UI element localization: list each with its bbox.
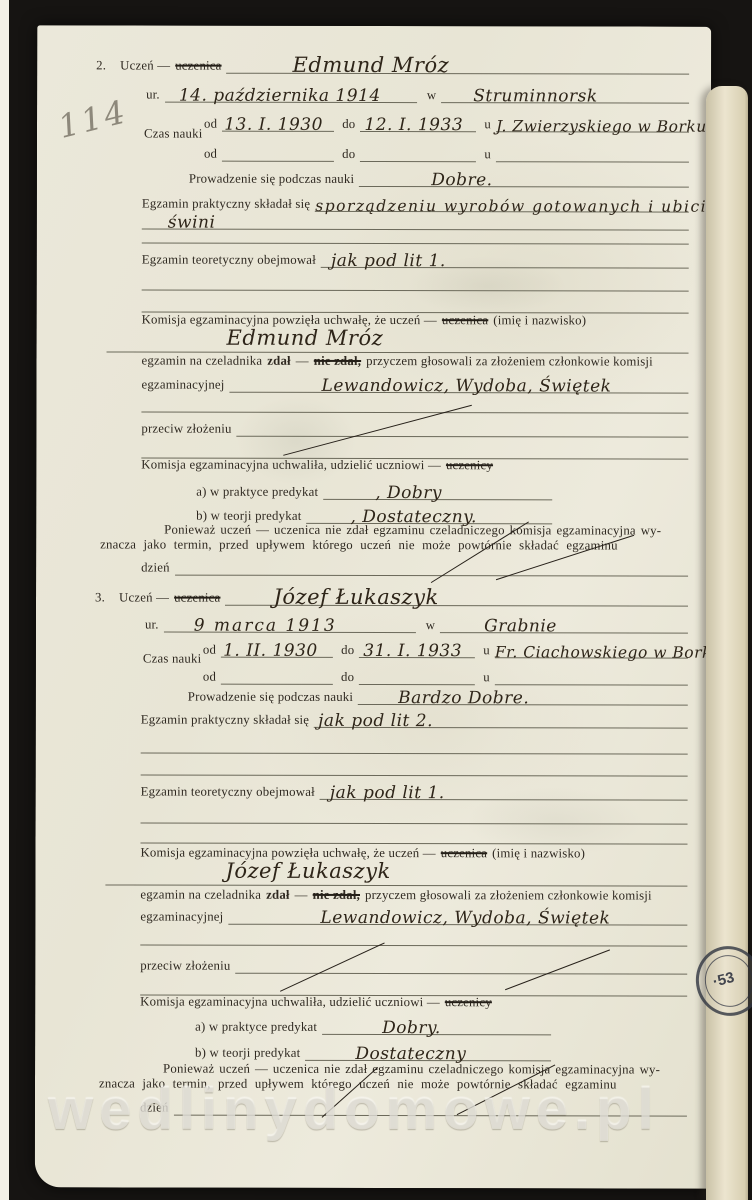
student-label: Uczeń — (119, 590, 169, 605)
committee-members-handwriting: Lewandowicz, Wydoba, Świętek (322, 376, 612, 397)
against-label: przeciw złożeniu (141, 422, 231, 437)
entry2-study-row-1: od 13. I. 1930 do 12. I. 1933 u J. Zwier… (204, 114, 689, 133)
against-field (235, 955, 687, 975)
study-to-handwriting: 31. I. 1933 (363, 641, 462, 661)
practice-grade-label: a) w praktyce predykat (196, 485, 318, 500)
do-label: do (341, 643, 354, 658)
entry3-study-row-2: od do u (203, 667, 688, 686)
born-in-label: w (426, 618, 435, 633)
student-name-handwriting: Edmund Mróz (293, 53, 450, 77)
study-to-field: 12. I. 1933 (360, 113, 476, 132)
entry3-study-row-1: od 1. II. 1930 do 31. I. 1933 u Fr. Ciac… (203, 640, 688, 659)
resolution-name-handwriting: Edmund Mróz (227, 326, 384, 350)
conduct-handwriting: Dobre. (431, 170, 492, 190)
birth-date-handwriting: 14. października 1914 (179, 86, 381, 106)
practical-field-2: świni (142, 211, 689, 231)
ruled-line (141, 753, 688, 755)
committee-field: Lewandowicz, Wydoba, Świętek (230, 374, 689, 394)
resolution-name-handwriting: Józef Łukaszyk (225, 859, 390, 883)
od-label: od (203, 670, 216, 685)
study-period-label: Czas nauki (144, 127, 203, 142)
theory-grade-label: b) w teorji predykat (195, 1046, 300, 1061)
committee-members-handwriting: Lewandowicz, Wydoba, Świętek (320, 908, 610, 929)
birth-place-field: Grabnie (440, 614, 688, 634)
entry2-study-row-2: od do u (204, 144, 689, 163)
conduct-handwriting: Bardzo Dobre. (398, 688, 529, 708)
birth-date-handwriting: 9 marca 1913 (194, 616, 337, 636)
day-field (175, 557, 688, 577)
practical-field: sporządzeniu wyrobów gotowanych i ubiciu (315, 193, 689, 213)
dash: — (295, 888, 308, 903)
theory-exam-label: Egzamin teoretyczny obejmował (142, 253, 316, 268)
entry2-birth-row: ur. 14. października 1914 w Struminnorsk (146, 85, 689, 104)
empty-field (496, 143, 689, 162)
student-name-field: Edmund Mróz (227, 55, 690, 75)
entry3-against-row: przeciw złożeniu (140, 956, 687, 975)
student-struck-label: uczenica (174, 591, 220, 606)
birth-place-handwriting: Struminnorsk (473, 86, 597, 106)
study-from-field: 1. II. 1930 (221, 639, 333, 658)
od-label: od (204, 147, 217, 162)
study-master-field: J. Zwierzyskiego w Borku (496, 113, 689, 132)
ink-bleedthrough (465, 786, 645, 856)
entry2-practice-grade-row: a) w praktyce predykat , Dobry (196, 482, 552, 501)
student-name-field: Józef Łukaszyk (225, 587, 688, 607)
u-label: u (483, 643, 490, 658)
student-name-handwriting: Józef Łukaszyk (273, 585, 438, 609)
born-label: ur. (145, 618, 159, 633)
entry2-committee-row: egzaminacyjnej Lewandowicz, Wydoba, Świę… (141, 375, 688, 394)
entry3-committee-row: egzaminacyjnej Lewandowicz, Wydoba, Świę… (140, 907, 687, 926)
entry2-against-row: przeciw złożeniu (141, 419, 688, 438)
empty-field (495, 666, 688, 685)
practical-handwriting: jak pod lit 2. (318, 711, 433, 731)
passed-label: zdał (267, 354, 291, 369)
birth-place-handwriting: Grabnie (484, 616, 557, 636)
scan-edge-strip (0, 0, 9, 1200)
dash: — (296, 354, 309, 369)
conduct-field: Bardzo Dobre. (358, 686, 688, 706)
student-struck-label: uczenica (175, 59, 221, 74)
study-period-label: Czas nauki (143, 652, 202, 667)
against-label: przeciw złożeniu (140, 959, 230, 974)
journeyman-post-label: przyczem głosowali za złożeniem członkow… (365, 888, 652, 904)
birth-date-field: 9 marca 1913 (164, 614, 416, 634)
born-label: ur. (146, 88, 160, 103)
journeyman-label: egzamin na czeladnika (140, 888, 261, 903)
passed-label: zdał (266, 888, 290, 903)
entry3-theory-grade-row: b) w teorji predykat Dostateczny (195, 1043, 551, 1062)
practical-handwriting-2: świni (168, 213, 216, 233)
failure-clause-line1: Ponieważ uczeń — uczenica nie zdał egzam… (99, 1061, 697, 1077)
journeyman-label: egzamin na czeladnika (141, 354, 262, 369)
practice-grade-field: Dobry. (322, 1016, 551, 1035)
od-label: od (204, 117, 217, 132)
do-label: do (342, 147, 355, 162)
page-binding-edge (706, 86, 748, 1200)
do-label: do (341, 670, 354, 685)
birth-place-field: Struminnorsk (441, 84, 689, 104)
od-label: od (203, 643, 216, 658)
practice-grade-handwriting: , Dobry (375, 483, 442, 503)
u-label: u (484, 117, 491, 132)
do-label: do (342, 117, 355, 132)
entry2-student-row: 2. Uczeń — uczenica Edmund Mróz (96, 55, 689, 74)
failed-struck-label: nie zdał, (314, 354, 361, 369)
entry3-conduct-row: Prowadzenie się podczas nauki Bardzo Dob… (188, 687, 688, 706)
failure-clause-line1: Ponieważ uczeń — uczenica nie zdał egzam… (100, 522, 698, 538)
study-to-field: 31. I. 1933 (359, 639, 475, 658)
entry3-practical-row: Egzamin praktyczny składał się jak pod l… (141, 710, 688, 729)
student-label: Uczeń — (120, 58, 170, 73)
study-master-field: Fr. Ciachowskiego w Borku (495, 639, 688, 658)
failed-struck-label: nie zdał, (313, 888, 360, 903)
entry2-theory-grade-row: b) w teorji predykat , Dostateczny. (196, 506, 552, 525)
conduct-field: Dobre. (359, 168, 689, 188)
study-from-field: 13. I. 1930 (222, 113, 334, 132)
verdict-struck-label: uczenicy (446, 458, 493, 473)
day-label: dzień (141, 561, 170, 576)
born-in-label: w (427, 88, 436, 103)
entry2-theory-row: Egzamin teoretyczny obejmował jak pod li… (142, 250, 689, 269)
resolution-struck-label: uczenica (441, 846, 487, 861)
empty-field (222, 143, 334, 162)
watermark: wedlinydomowe.pl (48, 1076, 660, 1143)
form-page: 2. Uczeń — uczenica Edmund Mróz ur. 14. … (35, 25, 711, 1188)
practical-exam-label: Egzamin praktyczny składał się (141, 713, 309, 728)
ruled-line (140, 945, 687, 947)
practical-exam-label: Egzamin praktyczny składał się (142, 197, 310, 212)
ink-bleedthrough (407, 256, 567, 316)
study-from-handwriting: 1. II. 1930 (223, 641, 318, 661)
study-master-handwriting: J. Zwierzyskiego w Borku (496, 117, 707, 135)
theory-grade-field: , Dostateczny. (306, 505, 552, 525)
verdict-label: Komisja egzaminacyjna uchwaliła, udzieli… (140, 995, 440, 1011)
entry2-failure-clause: Ponieważ uczeń — uczenica nie zdał egzam… (100, 522, 698, 552)
stamp-number: ·53 (697, 965, 750, 994)
practice-grade-handwriting: Dobry. (382, 1018, 441, 1038)
committee-label: egzaminacyjnej (141, 378, 224, 393)
ruled-line (141, 412, 688, 414)
study-master-handwriting: Fr. Ciachowskiego w Borku (495, 643, 723, 661)
study-to-handwriting: 12. I. 1933 (364, 115, 463, 135)
entry3-practice-grade-row: a) w praktyce predykat Dobry. (195, 1017, 551, 1036)
theory-exam-label: Egzamin teoretyczny obejmował (141, 785, 315, 800)
entry2-journeyman-row: egzamin na czeladnika zdał — nie zdał, p… (141, 351, 657, 370)
u-label: u (483, 670, 490, 685)
entry3-verdict-row: Komisja egzaminacyjna uchwaliła, udzieli… (140, 992, 497, 1011)
failure-clause-line2: znacza jako termin, przed upływem któreg… (100, 537, 698, 553)
theory-handwriting: jak pod lit 1. (330, 783, 445, 803)
committee-field: Lewandowicz, Wydoba, Świętek (228, 906, 687, 926)
theory-grade-label: b) w teorji predykat (196, 509, 301, 524)
entry-number: 2. (96, 58, 106, 73)
empty-field (360, 143, 476, 162)
resolution-post-label: (imię i nazwisko) (493, 313, 586, 328)
conduct-label: Prowadzenie się podczas nauki (188, 690, 353, 705)
entry2-practical-row-2: świni (142, 212, 689, 231)
birth-date-field: 14. października 1914 (165, 84, 417, 104)
empty-field (221, 666, 333, 685)
entry-number: 3. (95, 590, 105, 605)
entry2-conduct-row: Prowadzenie się podczas nauki Dobre. (189, 169, 689, 188)
empty-field (359, 666, 475, 685)
journeyman-post-label: przyczem głosowali za złożeniem członkow… (366, 354, 653, 370)
entry2-day-row: dzień (141, 558, 688, 577)
conduct-label: Prowadzenie się podczas nauki (189, 172, 354, 187)
ruled-line (142, 243, 689, 245)
theory-grade-field: Dostateczny (305, 1042, 551, 1062)
practice-grade-field: , Dobry (323, 481, 552, 500)
entry3-student-row: 3. Uczeń — uczenica Józef Łukaszyk (95, 587, 688, 606)
entry3-birth-row: ur. 9 marca 1913 w Grabnie (145, 615, 688, 634)
u-label: u (484, 147, 491, 162)
ruled-line (141, 775, 688, 777)
practice-grade-label: a) w praktyce predykat (195, 1020, 317, 1035)
study-from-handwriting: 13. I. 1930 (224, 115, 323, 135)
verdict-struck-label: uczenicy (445, 995, 492, 1010)
practical-field: jak pod lit 2. (314, 709, 688, 729)
entry3-journeyman-row: egzamin na czeladnika zdał — nie zdał, p… (140, 885, 656, 904)
committee-label: egzaminacyjnej (140, 910, 223, 925)
